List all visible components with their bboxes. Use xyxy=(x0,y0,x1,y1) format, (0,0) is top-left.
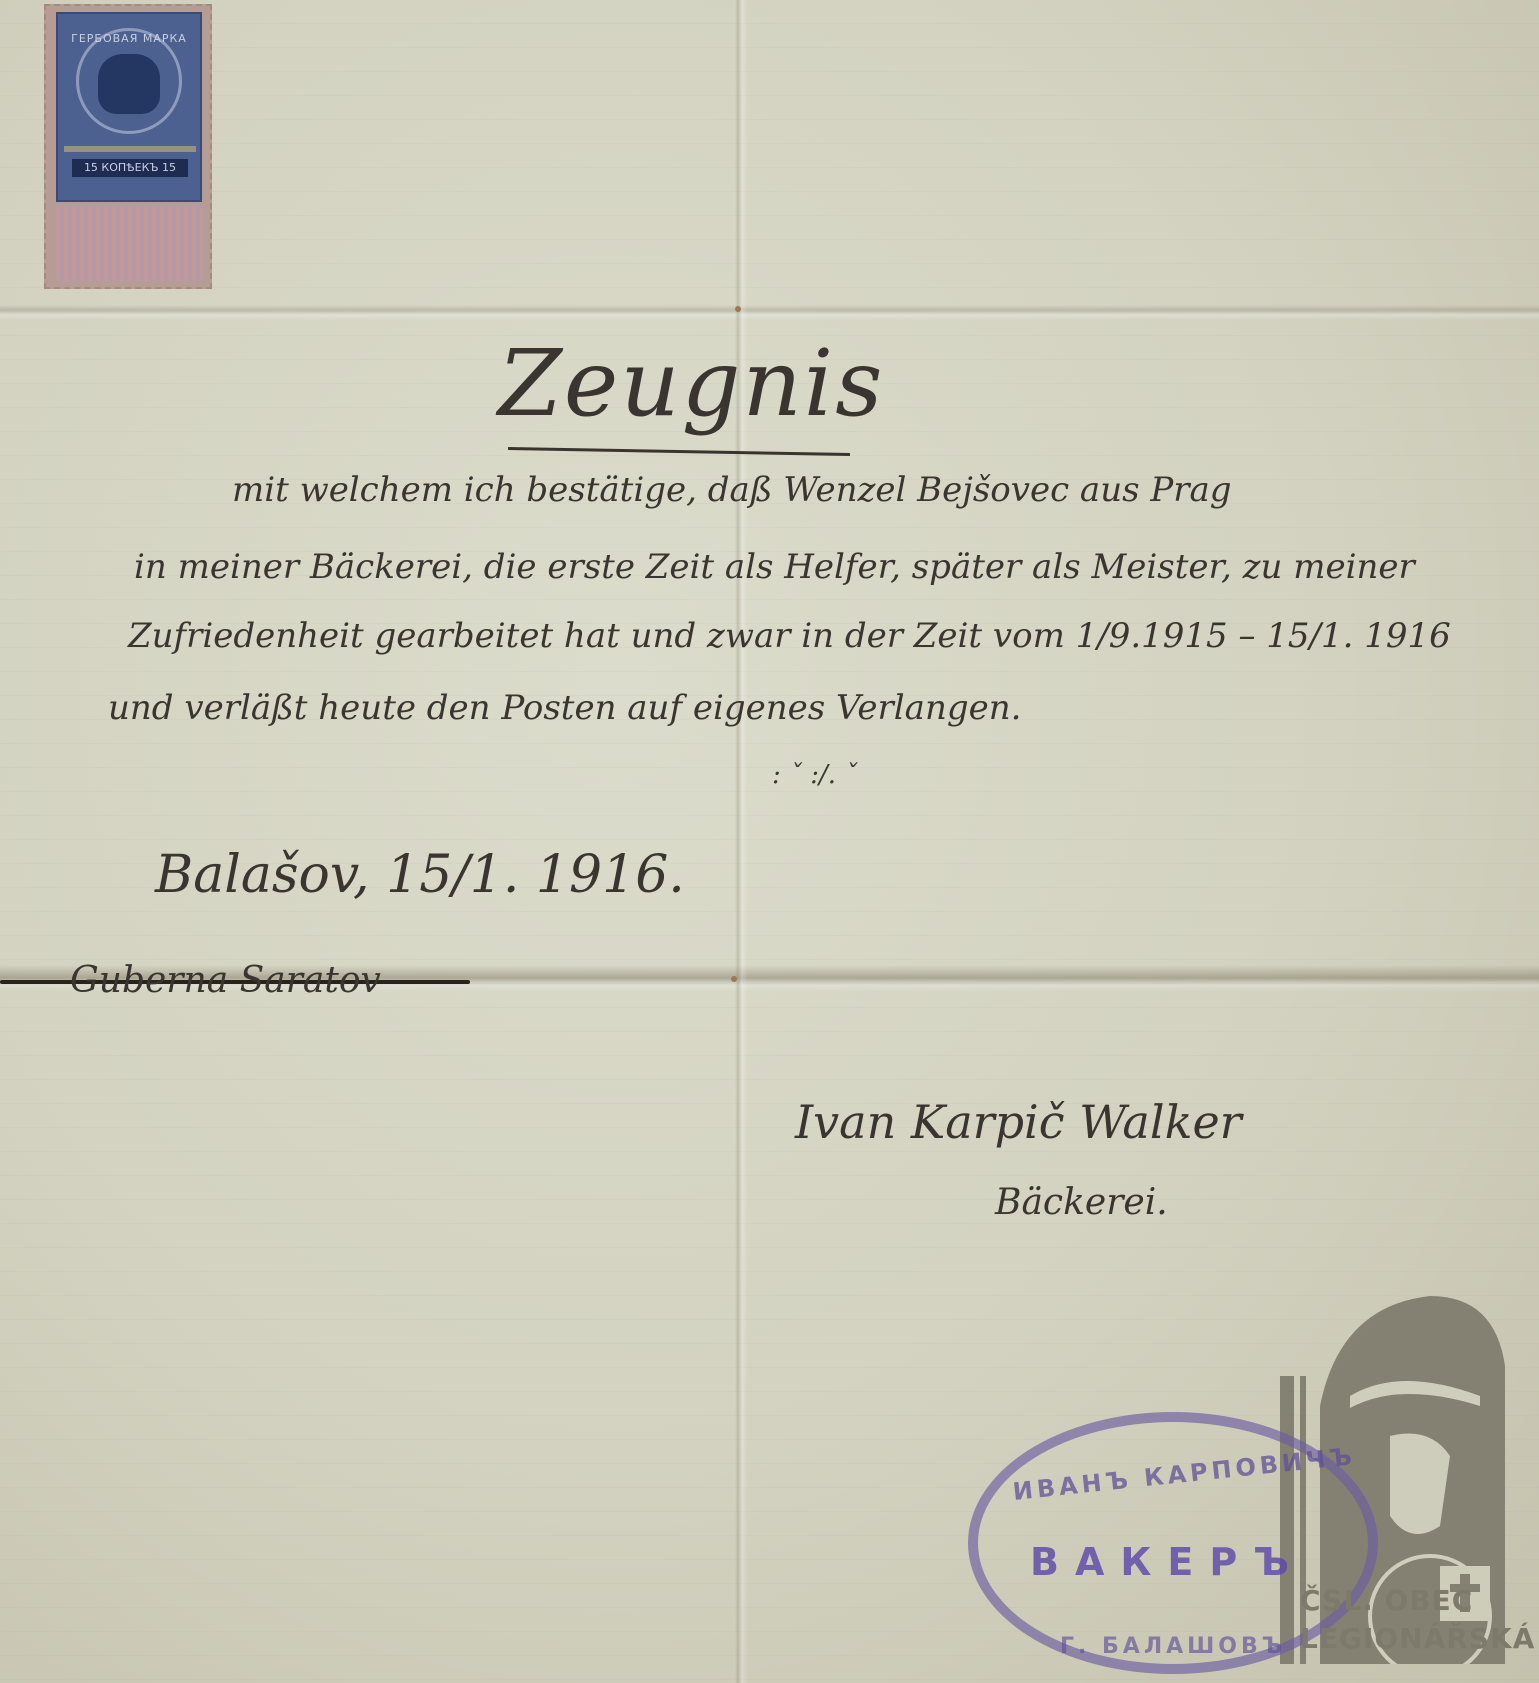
signature: Ivan Karpič Walker xyxy=(795,1095,1242,1149)
stamp-ribbon xyxy=(64,146,196,152)
eagle-crest-icon xyxy=(98,54,160,114)
ink-stamp-middle-text: ВАКЕРЪ xyxy=(1030,1540,1305,1584)
signature-title: Bäckerei. xyxy=(995,1182,1168,1223)
body-line-1: mit welchem ich bestätige, daß Wenzel Be… xyxy=(232,470,1232,510)
stamp-bottom-panel xyxy=(56,206,202,282)
stamp-value: 15 КОПѢЕКЪ 15 xyxy=(72,159,188,177)
fold-mark xyxy=(735,306,741,312)
body-line-3: Zufriedenheit gearbeitet hat und zwar in… xyxy=(128,616,1451,656)
logo-text-line1: ČSL. OBEC xyxy=(1300,1584,1473,1617)
fold-mark xyxy=(731,976,737,982)
region: Guberna Saratov xyxy=(70,960,381,1001)
stamp-top-panel: ГЕРБОВАЯ МАРКА 15 КОПѢЕКЪ 15 xyxy=(56,12,202,202)
body-line-4: und verläßt heute den Posten auf eigenes… xyxy=(108,688,1021,728)
logo-text-line2: LEGIONÁŘSKÁ xyxy=(1300,1622,1535,1655)
body-line-2: in meiner Bäckerei, die erste Zeit als H… xyxy=(134,547,1415,587)
stray-marks: : ˇ :/. ˇ xyxy=(772,760,857,790)
revenue-stamp: ГЕРБОВАЯ МАРКА 15 КОПѢЕКЪ 15 xyxy=(44,4,212,289)
place-date: Balašov, 15/1. 1916. xyxy=(155,845,685,905)
ink-stamp-bottom-text: Г. БАЛАШОВЪ xyxy=(1060,1634,1286,1659)
document-title: Zeugnis xyxy=(498,330,884,437)
stamp-arc-text: ГЕРБОВАЯ МАРКА xyxy=(64,32,194,45)
